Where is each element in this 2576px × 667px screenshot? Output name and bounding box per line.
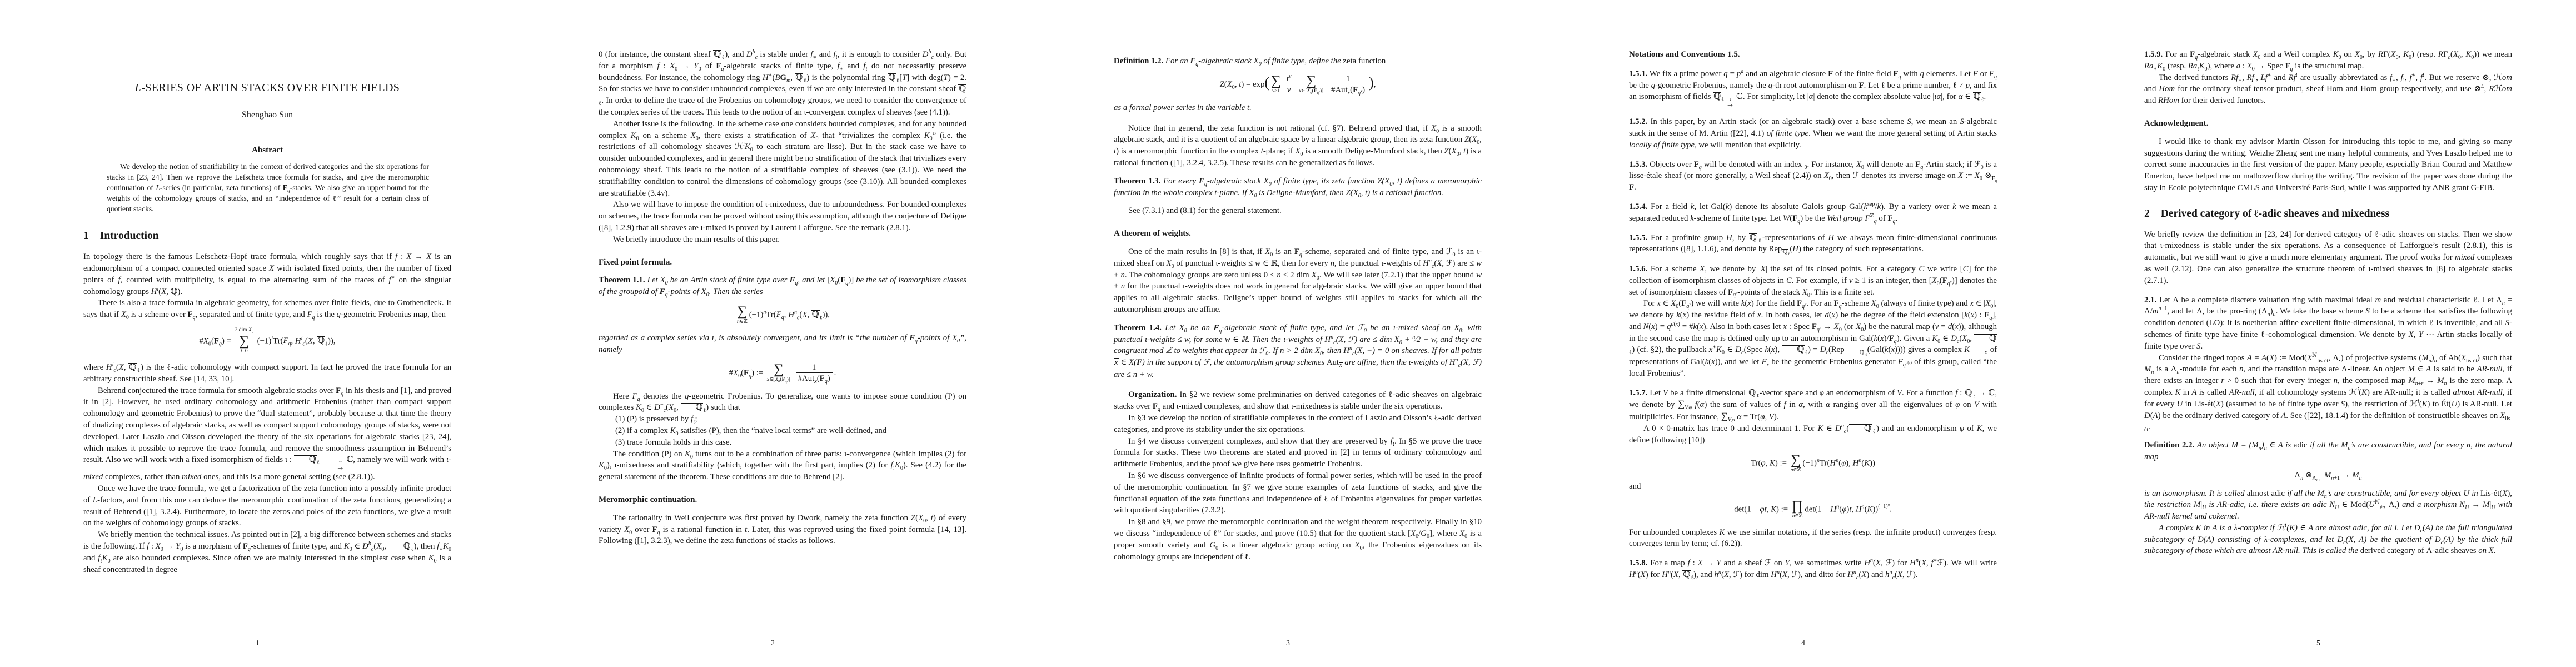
definition: Definition 2.2. An object M = (Mn)n ∈ A … xyxy=(2144,440,2512,463)
theorem-text: is an isomorphism. It is called almost a… xyxy=(2144,488,2512,522)
page-content: 0 (for instance, the constant sheaf ℚℓ),… xyxy=(599,0,966,547)
section-heading: 1Introduction xyxy=(83,231,451,242)
paragraph: One of the main results in [8] is that, … xyxy=(1114,246,1482,316)
paragraph: Another issue is the following. In the s… xyxy=(599,118,966,200)
paragraph: I would like to thank my advisor Martin … xyxy=(2144,136,2512,194)
theorem: Theorem 1.3. For every Fq-algebraic stac… xyxy=(1114,176,1482,199)
paragraph: The condition (P) on K0 turns out to be … xyxy=(599,449,966,483)
numbered-item: 1.5.2. In this paper, by an Artin stack … xyxy=(1629,116,1997,151)
paragraph: For unbounded complexes K we use similar… xyxy=(1629,527,1997,550)
page-number: 2 xyxy=(515,639,1030,648)
page-number: 3 xyxy=(1030,639,1546,648)
paragraph: Consider the ringed topos A = A(X) := Mo… xyxy=(2144,352,2512,434)
paragraph: In §4 we discuss convergent complexes, a… xyxy=(1114,436,1482,470)
paragraph: We briefly introduce the main results of… xyxy=(599,234,966,246)
paragraph: Once we have the trace formula, we get a… xyxy=(83,483,451,529)
abstract-heading: Abstract xyxy=(83,145,451,156)
numbered-item: 2.1. Let Λ be a complete discrete valuat… xyxy=(2144,295,2512,352)
paragraph: Notice that in general, the zeta functio… xyxy=(1114,123,1482,169)
subsection-heading: Notations and Conventions 1.5. xyxy=(1629,49,1997,61)
page-1: L-SERIES OF ARTIN STACKS OVER FINITE FIE… xyxy=(0,0,515,667)
list-item: (2) if a complex K0 satisfies (P), then … xyxy=(599,425,966,437)
section-heading: 2Derived category of ℓ-adic sheaves and … xyxy=(2144,208,2512,220)
subsection-heading: Meromorphic continuation. xyxy=(599,494,966,506)
numbered-item: 1.5.8. For a map f : X → Y and a sheaf ℱ… xyxy=(1629,558,1997,581)
subsection-heading: A theorem of weights. xyxy=(1114,228,1482,240)
subsection-heading: Acknowledgment. xyxy=(2144,118,2512,130)
paragraph: The derived functors Rf∗, Rf!, Lf∗ and R… xyxy=(2144,72,2512,107)
connector-text: and xyxy=(1629,481,1997,492)
paper-title: L-SERIES OF ARTIN STACKS OVER FINITE FIE… xyxy=(83,82,451,94)
theorem-text: regarded as a complex series via ι, is a… xyxy=(599,332,966,356)
paragraph: 0 (for instance, the constant sheaf ℚℓ),… xyxy=(599,49,966,118)
definition: Definition 1.2. For an Fq-algebraic stac… xyxy=(1114,56,1482,67)
page-content: L-SERIES OF ARTIN STACKS OVER FINITE FIE… xyxy=(83,0,451,575)
display-formula: Z(X0, t) = exp(∑v≥1tvv ∑x∈[X0(Fqv)] 1#Au… xyxy=(1114,74,1482,96)
paragraph: A 0 × 0-matrix has trace 0 and determina… xyxy=(1629,423,1997,446)
theorem: Theorem 1.1. Let X0 be an Artin stack of… xyxy=(599,275,966,298)
author-name: Shenghao Sun xyxy=(83,109,451,121)
numbered-item: 1.5.5. For a profinite group H, by ℚℓ-re… xyxy=(1629,232,1997,256)
paragraph: We briefly mention the technical issues.… xyxy=(83,529,451,575)
paragraph: A complex K in A is a λ-complex if ℋi(K)… xyxy=(2144,522,2512,557)
page-2: 0 (for instance, the constant sheaf ℚℓ),… xyxy=(515,0,1030,667)
paragraph: The rationality in Weil conjecture was f… xyxy=(599,512,966,547)
page-number: 1 xyxy=(0,639,515,648)
paragraph: Also we will have to impose the conditio… xyxy=(599,199,966,233)
page-content: 1.5.9. For an Fq-algebraic stack X0 and … xyxy=(2144,0,2512,557)
numbered-item: 1.5.1. We fix a prime power q = pa and a… xyxy=(1629,68,1997,108)
document-canvas: { "watermark": "arXiv:1008.3689v2 [math.… xyxy=(0,0,2576,667)
display-formula: #X0(Fq) := ∑x∈[X0(Fq)] 1#Autx(Fq). xyxy=(599,362,966,384)
subsection-heading: Fixed point formula. xyxy=(599,257,966,268)
page-number: 4 xyxy=(1546,639,2061,648)
paragraph: See (7.3.1) and (8.1) for the general st… xyxy=(1114,205,1482,217)
display-formula: Λn ⊗Λn+1 Mn+1 → Mn xyxy=(2144,470,2512,481)
numbered-item: 1.5.7. Let V be a finite dimensional ℚℓ-… xyxy=(1629,387,1997,423)
page-content: Definition 1.2. For an Fq-algebraic stac… xyxy=(1114,0,1482,563)
page-number: 5 xyxy=(2061,639,2576,648)
paragraph: In §3 we develop the notion of stratifia… xyxy=(1114,412,1482,436)
display-formula: ∑n∈ℤ(−1)nTr(Fq, Hnc(X, ℚℓ)), xyxy=(599,305,966,326)
display-formula: #X0(Fq) = 2 dim X0∑i=0 (−1)iTr(Fq, Hic(X… xyxy=(83,327,451,355)
page-content: Notations and Conventions 1.5.1.5.1. We … xyxy=(1629,0,1997,581)
paragraph: Behrend conjectured the trace formula fo… xyxy=(83,385,451,483)
paragraph: In topology there is the famous Lefschet… xyxy=(83,251,451,297)
page-4: Notations and Conventions 1.5.1.5.1. We … xyxy=(1546,0,2061,667)
paragraph: where Hic(X, ℚℓ) is the ℓ-adic cohomolog… xyxy=(83,362,451,385)
paragraph: We briefly review the definition in [23,… xyxy=(2144,229,2512,287)
numbered-item: 1.5.4. For a field k, let Gal(k) denote … xyxy=(1629,201,1997,225)
page-3: Definition 1.2. For an Fq-algebraic stac… xyxy=(1030,0,1546,667)
list-item: (1) (P) is preserved by f!; xyxy=(599,414,966,425)
theorem-text: as a formal power series in the variable… xyxy=(1114,102,1482,114)
paragraph: Here Fq denotes the q-geometric Frobeniu… xyxy=(599,391,966,414)
numbered-item: 1.5.3. Objects over Fq will be denoted w… xyxy=(1629,159,1997,193)
display-formula: Tr(φ, K) := ∑n∈ℤ(−1)nTr(Hn(φ), Hn(K)) xyxy=(1629,453,1997,474)
paragraph: In §8 and §9, we prove the meromorphic c… xyxy=(1114,516,1482,563)
paragraph: Organization. In §2 we review some preli… xyxy=(1114,389,1482,412)
paragraph: In §6 we discuss convergence of infinite… xyxy=(1114,470,1482,516)
page-5: 1.5.9. For an Fq-algebraic stack X0 and … xyxy=(2061,0,2576,667)
paragraph: For x ∈ X0(Fqv) we will write k(x) for t… xyxy=(1629,298,1997,379)
numbered-item: 1.5.6. For a scheme X, we denote by |X| … xyxy=(1629,263,1997,298)
abstract-text: We develop the notion of stratifiability… xyxy=(107,161,429,214)
paragraph: There is also a trace formula in algebra… xyxy=(83,297,451,321)
theorem: Theorem 1.4. Let X0 be an Fq-algebraic s… xyxy=(1114,322,1482,381)
list-item: (3) trace formula holds in this case. xyxy=(599,437,966,449)
display-formula: det(1 − φt, K) := ∏n∈ℤdet(1 − Hn(φ)t, Hn… xyxy=(1629,499,1997,520)
numbered-item: 1.5.9. For an Fq-algebraic stack X0 and … xyxy=(2144,49,2512,72)
